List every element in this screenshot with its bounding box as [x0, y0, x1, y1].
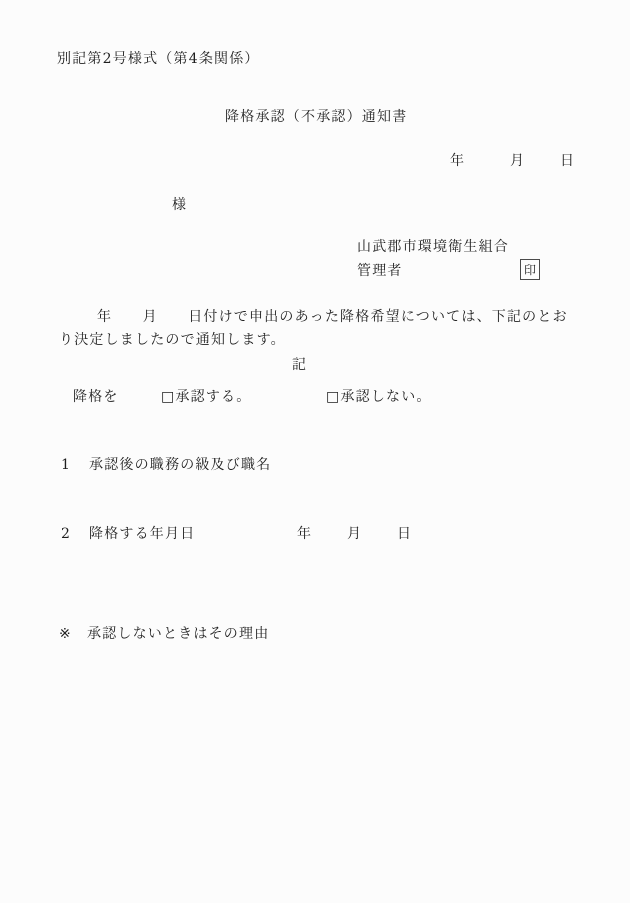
note-marker: ※: [59, 626, 72, 642]
addressee-sama-label: 様: [172, 197, 187, 213]
item-2-label: 降格する年月日: [89, 526, 195, 542]
issue-date-day-label: 日: [560, 153, 575, 169]
demotion-date-year-label: 年: [297, 526, 312, 542]
issuer-title: 管理者: [357, 263, 403, 279]
form-number-label: 別記第2号様式（第4条関係）: [57, 51, 260, 67]
item-1-number: 1: [61, 457, 71, 473]
approve-checkbox-option: □承認する。: [161, 389, 251, 405]
decision-label: 降格を: [73, 389, 119, 405]
issue-date-year-label: 年: [450, 153, 465, 169]
issue-date-month-label: 月: [510, 153, 525, 169]
seal-box: 印: [520, 259, 540, 280]
document-title: 降格承認（不承認）通知書: [225, 109, 407, 125]
notification-document-page: 別記第2号様式（第4条関係） 降格承認（不承認）通知書 年 月 日 様 山武郡市…: [0, 0, 630, 903]
reject-checkbox-option: □承認しない。: [326, 389, 432, 405]
record-heading: 記: [292, 357, 307, 373]
demotion-date-day-label: 日: [397, 526, 412, 542]
seal-label: 印: [524, 261, 536, 278]
item-2-number: 2: [61, 526, 71, 542]
body-paragraph-line-2: り決定しましたので通知します。: [59, 332, 286, 348]
note-label: 承認しないときはその理由: [87, 626, 269, 642]
body-paragraph-line-1: 年 月 日付けで申出のあった降格希望については、下記のとお: [97, 309, 568, 325]
item-1-label: 承認後の職務の級及び職名: [89, 457, 271, 473]
issuer-organization: 山武郡市環境衛生組合: [357, 239, 509, 255]
demotion-date-month-label: 月: [347, 526, 362, 542]
